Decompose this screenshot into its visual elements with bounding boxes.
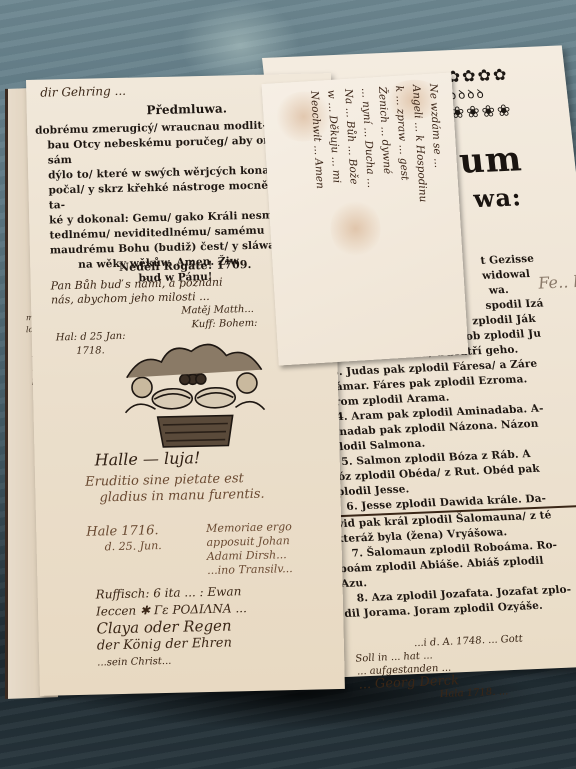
title-fragment: um — [457, 139, 524, 181]
preface-heading: Předmluwa. — [97, 100, 277, 119]
title-fragment: wa: — [472, 182, 523, 213]
handwritten-date-1716: Hale 1716. d. 25. Jun. — [86, 522, 197, 554]
text-line: ...ino Transilv... — [207, 561, 327, 578]
loose-handwritten-note: Ne wzdám se ... Angeli ... k Hospodinu k… — [262, 72, 469, 365]
text-line: d. 25. Jun. — [86, 537, 196, 554]
bottom-handwriting: ...i d. A. 1748. ... Gott Soll in ... ha… — [353, 628, 576, 704]
top-handwriting: dir Gehring ... — [40, 80, 280, 99]
latin-motto: Eruditio sine pietate est gladius in man… — [85, 470, 306, 507]
halleluja-inscription: Halle — luja! — [94, 449, 294, 468]
ornament-row: ❀❀❀❀ — [450, 101, 532, 122]
memoria-inscription: Memoriae ergo apposuit Johan Adami Dirsh… — [206, 519, 327, 578]
note-text: Ne wzdám se ... Angeli ... k Hospodinu k… — [276, 83, 457, 353]
margin-handwriting: Fe.. h — [537, 275, 576, 291]
printer-ornament: ✿✿✿✿ ꝺꝺꝺꝺ ❀❀❀❀ — [446, 65, 532, 122]
bottom-notes: Ruffisch: 6 ita ... : Ewan Ieccen ✱ Γε Ρ… — [96, 581, 338, 671]
fruit-basket-woodcut-icon — [116, 335, 274, 453]
